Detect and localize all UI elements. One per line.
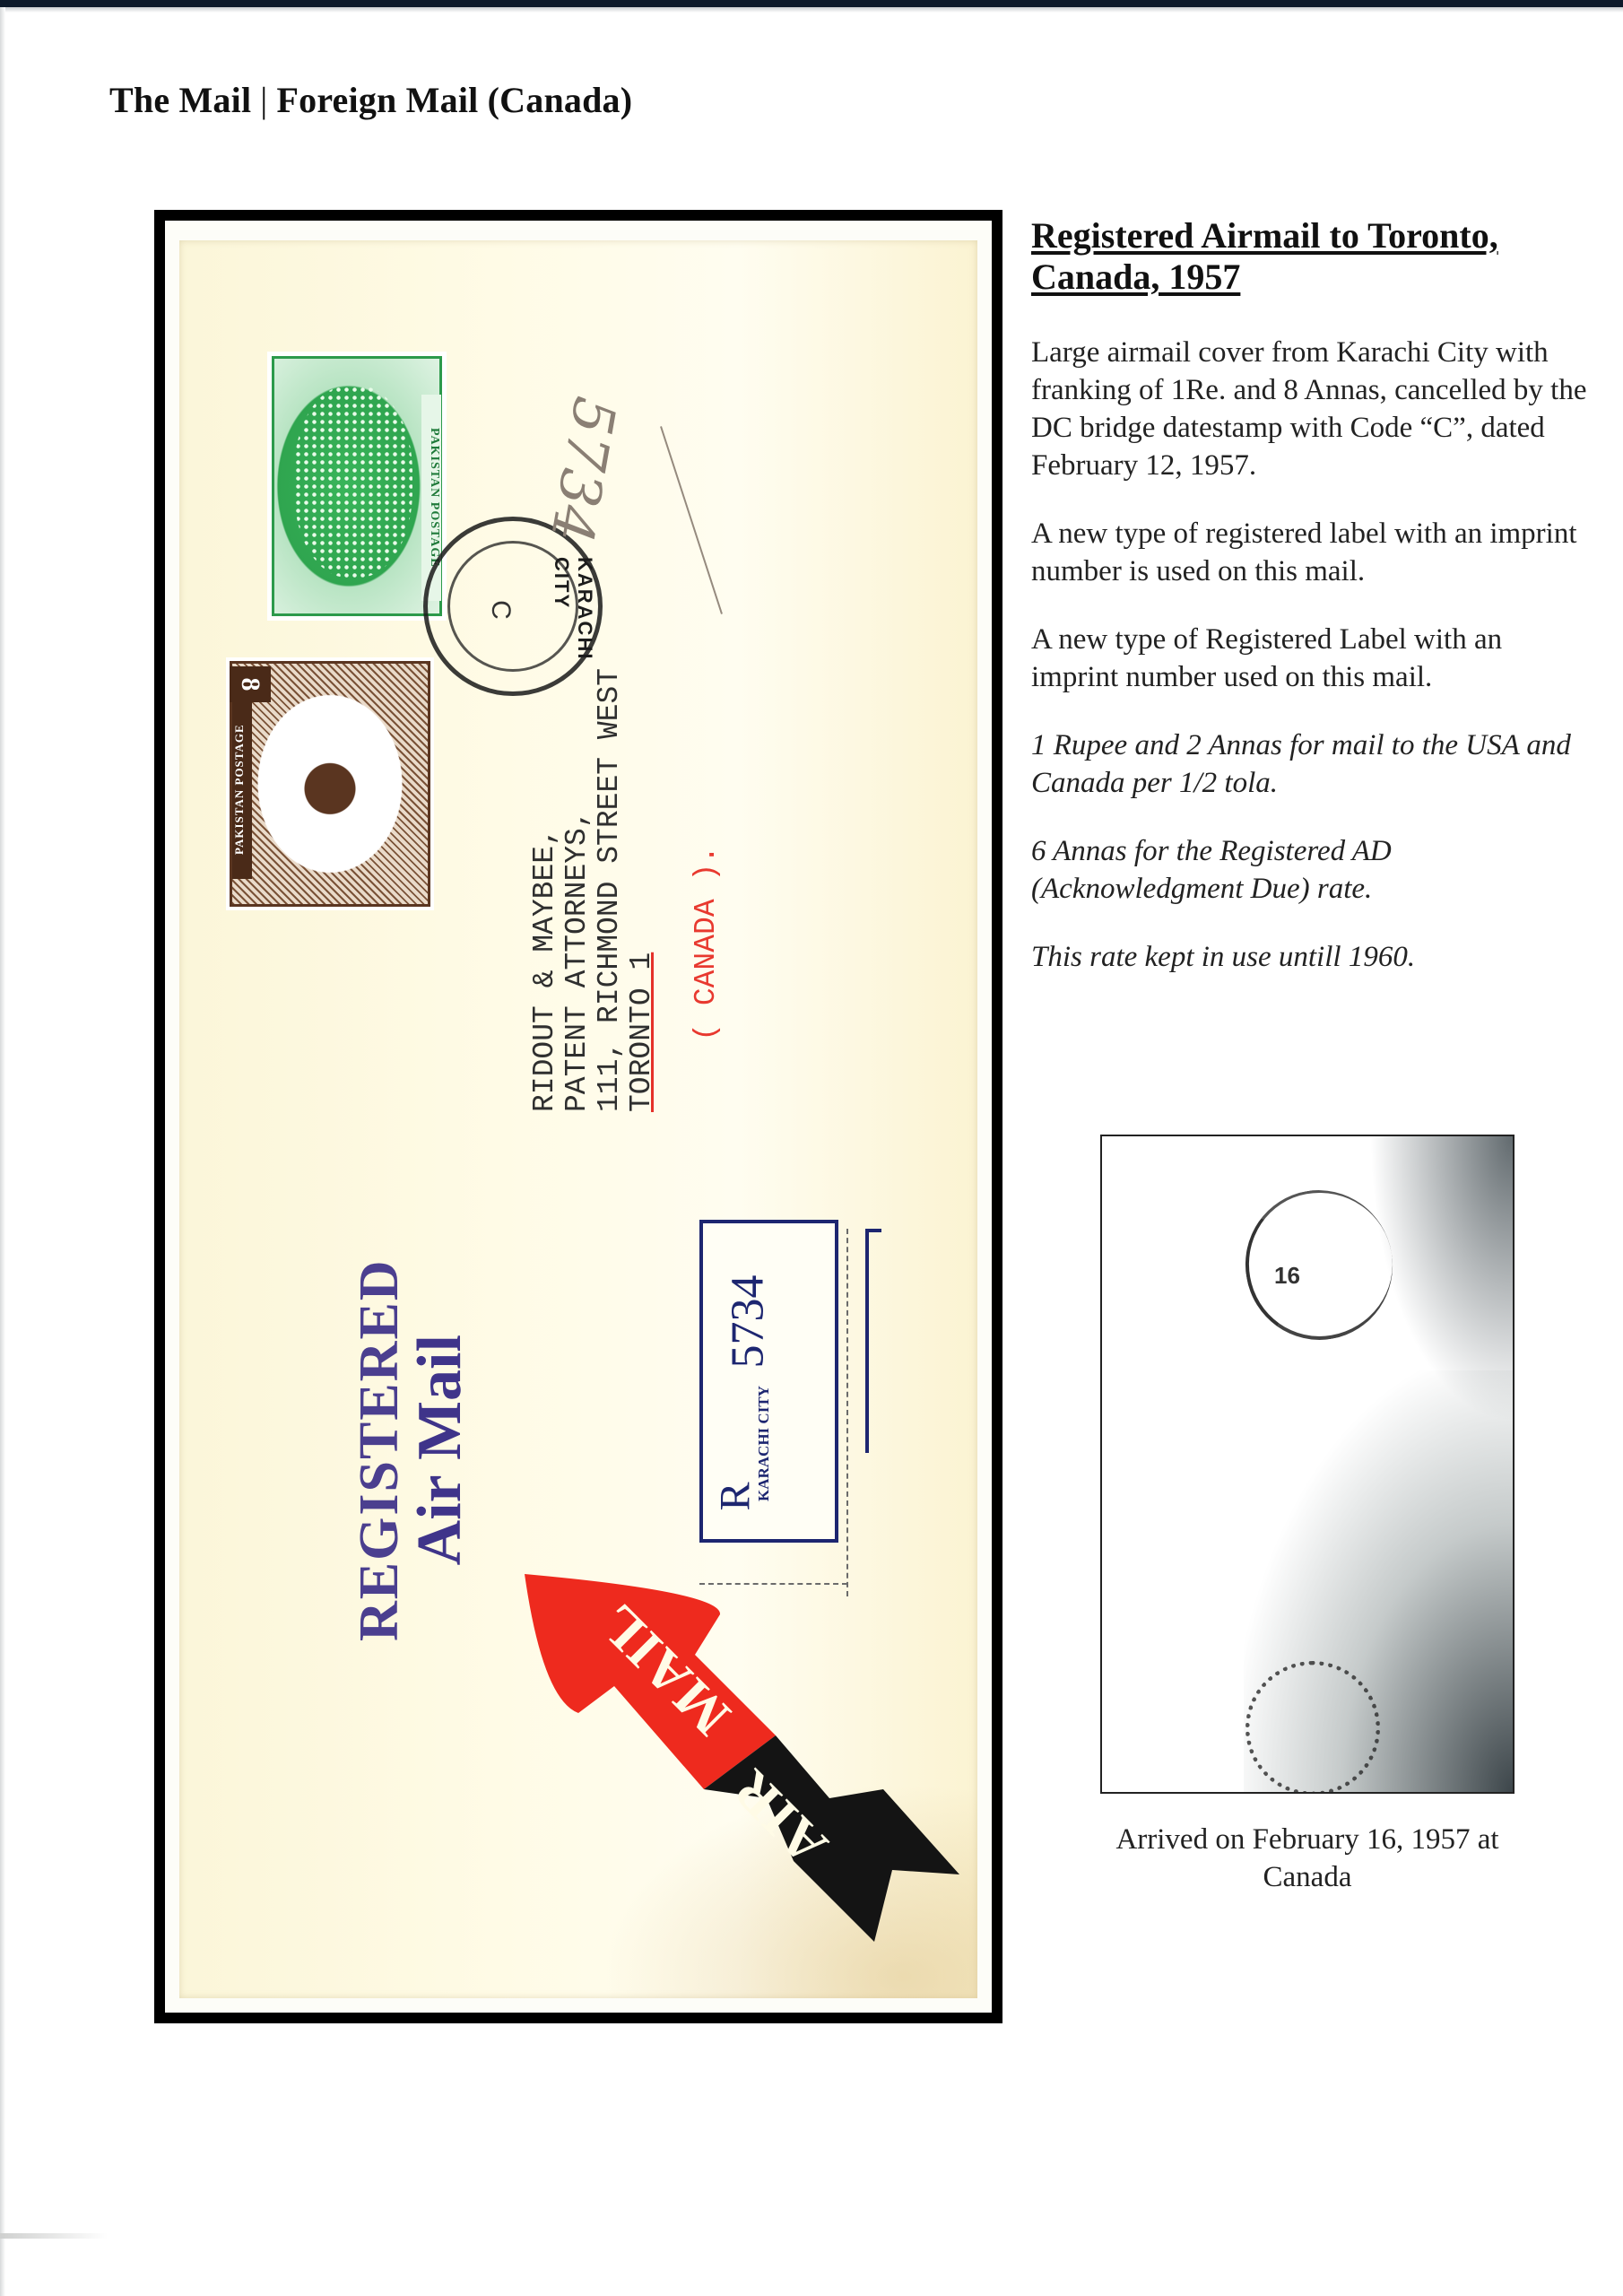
cotton-plant-icon (294, 386, 412, 578)
scan-top-edge (0, 0, 1623, 7)
stamp-8-annas-design: PAKISTAN POSTAGE 8 (230, 661, 430, 907)
page-title-separator: | (260, 80, 267, 120)
registration-number: 5734 (722, 1268, 775, 1376)
airmail-arrow-sticker: MAIL AIR (507, 1529, 973, 1951)
rate-note-3: This rate kept in use untill 1960. (1031, 938, 1587, 976)
address-line-1: RIDOUT & MAYBEE, (528, 828, 561, 1112)
adjacent-label-edge (865, 1229, 869, 1453)
registered-airmail-cachet: REGISTERED Air Mail (352, 1258, 473, 1641)
registration-label: 5734 KARACHI CITY R (699, 1220, 838, 1543)
address-line-3: 111, RICHMOND STREET WEST (593, 668, 626, 1112)
postmark-code: C (485, 600, 516, 620)
scan-smudge (0, 2233, 108, 2239)
scan-top-shadow (0, 7, 1623, 13)
stamp-8-annas: PAKISTAN POSTAGE 8 (226, 657, 434, 910)
airmail-arrow-icon (507, 1529, 973, 1951)
arrival-backstamp-photo: 16 (1100, 1135, 1515, 1794)
description-title: Registered Airmail to Toronto, Canada, 1… (1031, 215, 1587, 298)
cachet-registered: REGISTERED (352, 1258, 407, 1641)
description-panel: Registered Airmail to Toronto, Canada, 1… (1031, 215, 1587, 976)
montreal-backstamp-day: 16 (1274, 1262, 1300, 1290)
address-line-4: TORONTO 1 (625, 952, 658, 1112)
description-paragraph-3: A new type of Registered Label with an i… (1031, 621, 1587, 696)
page-title: The Mail|Foreign Mail (Canada) (109, 79, 632, 121)
address-line-2: PATENT ATTORNEYS, (560, 810, 594, 1112)
cachet-air-mail: Air Mail (407, 1258, 473, 1641)
rate-note-2: 6 Annas for the Registered AD (Acknowled… (1031, 832, 1587, 908)
address-country: ( CANADA ). (690, 846, 723, 1041)
page-title-subsection: Foreign Mail (Canada) (276, 80, 632, 120)
page-title-section: The Mail (109, 80, 251, 120)
description-paragraph-2: A new type of registered label with an i… (1031, 515, 1587, 590)
toronto-backstamp (1245, 1661, 1380, 1794)
stamp-1-rupee: PAKISTAN POSTAGE (267, 352, 447, 621)
scan-left-edge (0, 7, 5, 2296)
rate-note-1: 1 Rupee and 2 Annas for mail to the USA … (1031, 726, 1587, 802)
stamp-8-annas-text: PAKISTAN POSTAGE (232, 700, 252, 879)
arrival-caption: Arrived on February 16, 1957 at Canada (1100, 1821, 1515, 1896)
recipient-address: RIDOUT & MAYBEE, PATENT ATTORNEYS, 111, … (529, 668, 723, 1112)
stamp-1-rupee-design: PAKISTAN POSTAGE (272, 356, 442, 616)
description-paragraph-1: Large airmail cover from Karachi City wi… (1031, 334, 1587, 484)
stamp-8-annas-value: 8 (230, 666, 271, 702)
registration-letter: R (711, 1482, 760, 1510)
adjacent-label-corner (865, 1229, 881, 1232)
